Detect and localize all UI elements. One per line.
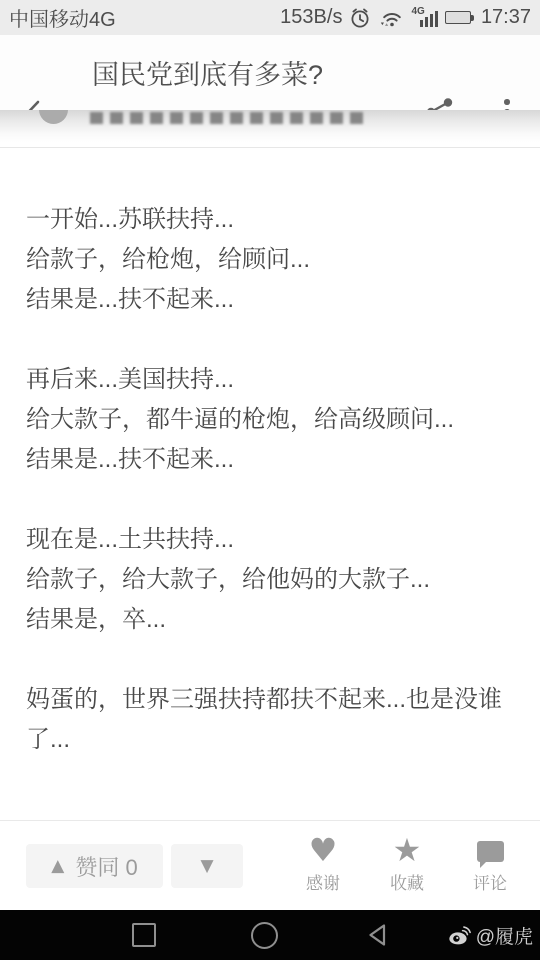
action-bar: ▲ 赞同 0 ▼ ♥ 感谢 ★ 收藏 评论	[0, 820, 540, 910]
recents-square-icon	[132, 923, 156, 947]
avatar	[39, 110, 68, 124]
answer-line: 了...	[26, 720, 514, 760]
upvote-triangle-icon: ▲	[51, 856, 64, 876]
thank-button[interactable]: ♥ 感谢	[290, 833, 356, 894]
answer-line: 一开始...苏联扶持...	[26, 200, 514, 240]
phone-screen: 中国移动4G 153B/s 4G 17:	[0, 0, 540, 960]
star-icon: ★	[393, 833, 422, 867]
home-circle-icon	[251, 922, 278, 949]
status-bar: 中国移动4G 153B/s 4G 17:	[0, 0, 540, 35]
clipped-text-smudge	[90, 112, 370, 124]
watermark-text: @履虎	[476, 922, 533, 949]
paragraph: 现在是...土共扶持... 给款子，给大款子，给他妈的大款子... 结果是，卒.…	[26, 520, 514, 640]
clock-time: 17:37	[481, 6, 531, 29]
answer-line: 给大款子，都牛逼的枪炮，给高级顾问...	[26, 400, 514, 440]
carrier-label: 中国移动4G	[9, 3, 116, 32]
downvote-button[interactable]: ▼	[171, 844, 243, 888]
signal-4g-icon: 4G	[411, 6, 438, 30]
clipped-answer-row[interactable]	[0, 110, 540, 148]
comment-button[interactable]: 评论	[457, 833, 523, 894]
answer-line: 结果是，卒...	[26, 600, 514, 640]
recents-button[interactable]	[116, 910, 172, 960]
downvote-triangle-icon: ▼	[200, 856, 213, 876]
answer-body[interactable]: 一开始...苏联扶持... 给款子，给枪炮，给顾问... 结果是...扶不起来.…	[0, 148, 540, 820]
back-nav-button[interactable]	[350, 910, 406, 960]
home-button[interactable]	[236, 910, 292, 960]
favorite-button[interactable]: ★ 收藏	[374, 833, 440, 894]
wifi-icon	[378, 7, 404, 29]
paragraph: 再后来...美国扶持... 给大款子，都牛逼的枪炮，给高级顾问... 结果是..…	[26, 360, 514, 480]
answer-line: 妈蛋的，世界三强扶持都扶不起来...也是没谁	[26, 680, 514, 720]
network-speed: 153B/s	[280, 6, 342, 29]
paragraph: 一开始...苏联扶持... 给款子，给枪炮，给顾问... 结果是...扶不起来.…	[26, 200, 514, 320]
answer-line: 给款子，给枪炮，给顾问...	[26, 240, 514, 280]
favorite-label: 收藏	[390, 869, 424, 894]
comment-bubble-icon	[477, 833, 504, 867]
page-title: 国民党到底有多菜?	[92, 35, 323, 110]
weibo-logo-icon	[448, 924, 471, 947]
back-triangle-icon	[365, 922, 391, 948]
battery-icon	[445, 11, 474, 24]
comment-label: 评论	[473, 869, 507, 894]
weibo-watermark: @履虎	[448, 910, 533, 960]
answer-line: 再后来...美国扶持...	[26, 360, 514, 400]
heart-icon: ♥	[309, 833, 338, 867]
paragraph: 妈蛋的，世界三强扶持都扶不起来...也是没谁 了...	[26, 680, 514, 760]
android-nav-bar: @履虎	[0, 910, 540, 960]
answer-line: 现在是...土共扶持...	[26, 520, 514, 560]
upvote-label: 赞同 0	[75, 851, 137, 882]
thank-label: 感谢	[306, 869, 340, 894]
answer-line: 结果是...扶不起来...	[26, 280, 514, 320]
answer-line: 结果是...扶不起来...	[26, 440, 514, 480]
upvote-button[interactable]: ▲ 赞同 0	[26, 844, 163, 888]
app-header: 国民党到底有多菜?	[0, 35, 540, 110]
alarm-icon	[349, 7, 371, 29]
answer-line: 给款子，给大款子，给他妈的大款子...	[26, 560, 514, 600]
